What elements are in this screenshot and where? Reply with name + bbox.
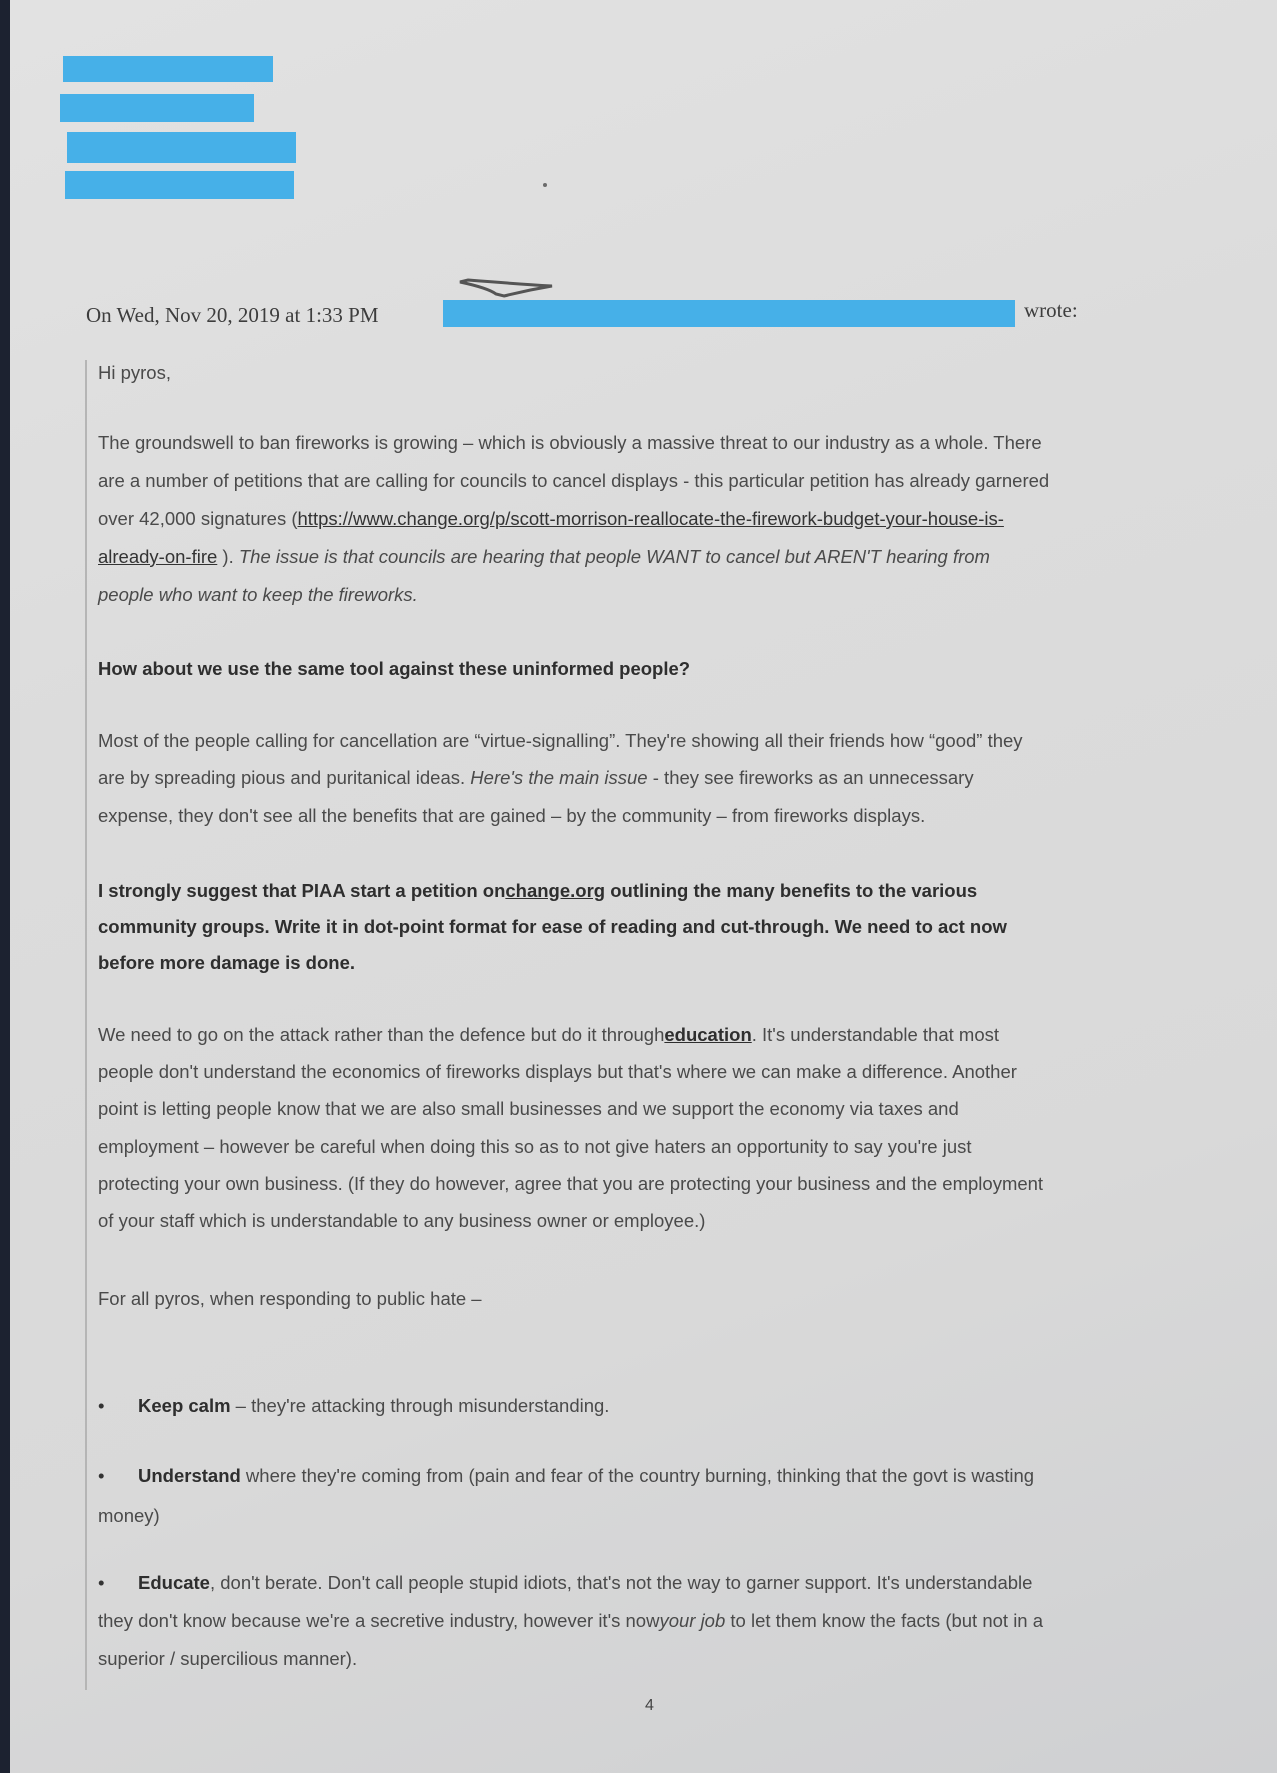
document-page: On Wed, Nov 20, 2019 at 1:33 PM wrote: H… bbox=[10, 0, 1277, 1773]
bullet-text: they don't know because we're a secretiv… bbox=[98, 1610, 659, 1631]
p4-line: point is letting people know that we are… bbox=[98, 1098, 959, 1120]
bullet-bold: Understand bbox=[138, 1465, 241, 1486]
bullet-icon: • bbox=[98, 1395, 138, 1417]
email-header-wrote: wrote: bbox=[1024, 298, 1078, 323]
p3-line: community groups. Write it in dot-point … bbox=[98, 916, 1007, 938]
redaction-block bbox=[65, 171, 294, 199]
p3-line: before more damage is done. bbox=[98, 952, 355, 974]
p4-text: . It's understandable that most bbox=[752, 1024, 999, 1045]
redaction-block bbox=[63, 56, 273, 82]
p2-text: - they see fireworks as an unnecessary bbox=[648, 767, 974, 788]
bullet-icon: • bbox=[98, 1465, 138, 1487]
bullet-bold: Keep calm bbox=[138, 1395, 231, 1416]
p1-line: over 42,000 signatures (https://www.chan… bbox=[98, 508, 1004, 530]
stray-dot bbox=[543, 183, 547, 187]
bullet-icon: • bbox=[98, 1572, 138, 1594]
bullet-text: – they're attacking through misunderstan… bbox=[231, 1395, 610, 1416]
email-header-date: On Wed, Nov 20, 2019 at 1:33 PM bbox=[86, 303, 379, 328]
p4-line: protecting your own business. (If they d… bbox=[98, 1173, 1043, 1195]
pen-annotation-icon bbox=[458, 278, 554, 298]
bullet-item: •Understand where they're coming from (p… bbox=[98, 1465, 1034, 1487]
p4-line: of your staff which is understandable to… bbox=[98, 1210, 705, 1232]
p4-line: people don't understand the economics of… bbox=[98, 1061, 1017, 1083]
p4-bold: education bbox=[664, 1024, 751, 1045]
petition-link-cont[interactable]: already-on-fire bbox=[98, 546, 217, 567]
p1-line: The groundswell to ban fireworks is grow… bbox=[98, 432, 1042, 454]
p1-italic: The issue is that councils are hearing t… bbox=[239, 546, 990, 567]
bullet-bold: Educate bbox=[138, 1572, 210, 1593]
redaction-block bbox=[67, 132, 296, 163]
p4-text: We need to go on the attack rather than … bbox=[98, 1024, 664, 1045]
p2-line: expense, they don't see all the benefits… bbox=[98, 805, 925, 827]
p5-line: For all pyros, when responding to public… bbox=[98, 1288, 482, 1310]
redaction-block-email bbox=[443, 300, 1015, 327]
question-heading: How about we use the same tool against t… bbox=[98, 658, 690, 680]
bullet-continuation: money) bbox=[98, 1505, 160, 1527]
p2-line: are by spreading pious and puritanical i… bbox=[98, 767, 974, 789]
p4-line: We need to go on the attack rather than … bbox=[98, 1024, 999, 1046]
p3-text: I strongly suggest that PIAA start a pet… bbox=[98, 880, 505, 901]
bullet-text: to let them know the facts (but not in a bbox=[725, 1610, 1043, 1631]
p1-line: people who want to keep the fireworks. bbox=[98, 584, 418, 606]
p1-line: already-on-fire ). The issue is that cou… bbox=[98, 546, 990, 568]
p1-text: ). bbox=[217, 546, 239, 567]
p3-text: outlining the many benefits to the vario… bbox=[605, 880, 977, 901]
change-org-link[interactable]: change.org bbox=[505, 880, 605, 901]
p3-line: I strongly suggest that PIAA start a pet… bbox=[98, 880, 977, 902]
greeting: Hi pyros, bbox=[98, 362, 171, 384]
p1-text: over 42,000 signatures ( bbox=[98, 508, 298, 529]
bullet-item: •Keep calm – they're attacking through m… bbox=[98, 1395, 609, 1417]
redaction-block bbox=[60, 94, 254, 122]
quote-bar bbox=[85, 360, 87, 1690]
petition-link[interactable]: https://www.change.org/p/scott-morrison-… bbox=[298, 508, 1004, 529]
p2-line: Most of the people calling for cancellat… bbox=[98, 730, 1023, 752]
page-number: 4 bbox=[645, 1697, 654, 1715]
p1-line: are a number of petitions that are calli… bbox=[98, 470, 1049, 492]
bullet-continuation: they don't know because we're a secretiv… bbox=[98, 1610, 1043, 1632]
bullet-item: •Educate, don't berate. Don't call peopl… bbox=[98, 1572, 1032, 1594]
p4-line: employment – however be careful when doi… bbox=[98, 1136, 972, 1158]
p2-italic: Here's the main issue bbox=[470, 767, 647, 788]
bullet-italic: your job bbox=[659, 1610, 725, 1631]
bullet-text: , don't berate. Don't call people stupid… bbox=[210, 1572, 1032, 1593]
p2-text: are by spreading pious and puritanical i… bbox=[98, 767, 470, 788]
bullet-continuation: superior / supercilious manner). bbox=[98, 1648, 357, 1670]
bullet-text: where they're coming from (pain and fear… bbox=[241, 1465, 1034, 1486]
